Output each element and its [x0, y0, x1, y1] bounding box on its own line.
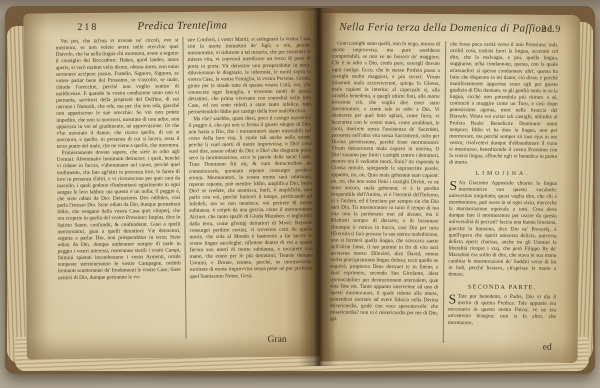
right-page: Nella Feria terza della Domenica di Paſſ… [320, 13, 581, 363]
right-page-number: 219 [541, 24, 562, 35]
paragraph: Ma che? sarebbe, quasi dissi, poco il ca… [188, 114, 313, 279]
book-photograph: 218 Predica Trenteſima Voi poi, che tal'… [0, 0, 600, 388]
paragraph: Primieramente dovete sapere, che siete i… [57, 148, 181, 281]
paragraph-text: Tate pur benedetto, o Padre, Dio vi dia … [448, 294, 556, 326]
paragraph-with-dropcap: SAn Giacomo Appostolo chiama la lingua m… [448, 179, 557, 278]
paragraph-with-dropcap: STate pur benedetto, o Padre, Dio vi dia… [448, 293, 556, 327]
drop-cap: S [449, 293, 457, 304]
right-running-title: Nella Feria terza della Domenica di Paſſ… [332, 21, 562, 35]
left-column-1: Voi poi, che tal'ora vi trovate ne' circ… [55, 37, 185, 340]
paragraph-text: An Giacomo Appostolo chiama la lingua mo… [448, 180, 557, 277]
left-page-columns: Voi poi, che tal'ora vi trovate ne' circ… [55, 36, 314, 341]
paragraph: stre Conforti, i vostri Mariti; si estin… [187, 36, 311, 116]
right-column-2: che fosse poca carità verso il mio Pross… [443, 41, 560, 344]
right-page-header: Nella Feria terza della Domenica di Paſſ… [332, 21, 562, 37]
left-catchword: Gran [268, 335, 287, 345]
right-column-1: Gran castighi sono quelli, non lo nego, … [330, 40, 445, 343]
left-running-title: Predica Trenteſima [57, 19, 307, 34]
section-heading-seconda-parte: SECONDA PARTE. [448, 283, 556, 292]
left-column-2: stre Conforti, i vostri Mariti; si estin… [182, 36, 314, 339]
section-heading-limosina: LIMOſINA. [449, 170, 557, 178]
paragraph: Voi poi, che tal'ora vi trovate ne' circ… [55, 37, 179, 150]
paragraph: che fosse poca carità verso il mio Pross… [449, 41, 558, 167]
drop-cap: S [449, 180, 457, 191]
open-book: 218 Predica Trenteſima Voi poi, che tal'… [5, 6, 595, 374]
right-page-columns: Gran castighi sono quelli, non lo nego, … [330, 40, 560, 344]
left-page-header: 218 Predica Trenteſima [57, 19, 307, 36]
paragraph: Gran castighi sono quelli, non lo nego, … [330, 40, 440, 323]
left-page: 218 Predica Trenteſima Voi poi, che tal'… [23, 10, 321, 359]
right-catchword: ed [543, 343, 552, 353]
